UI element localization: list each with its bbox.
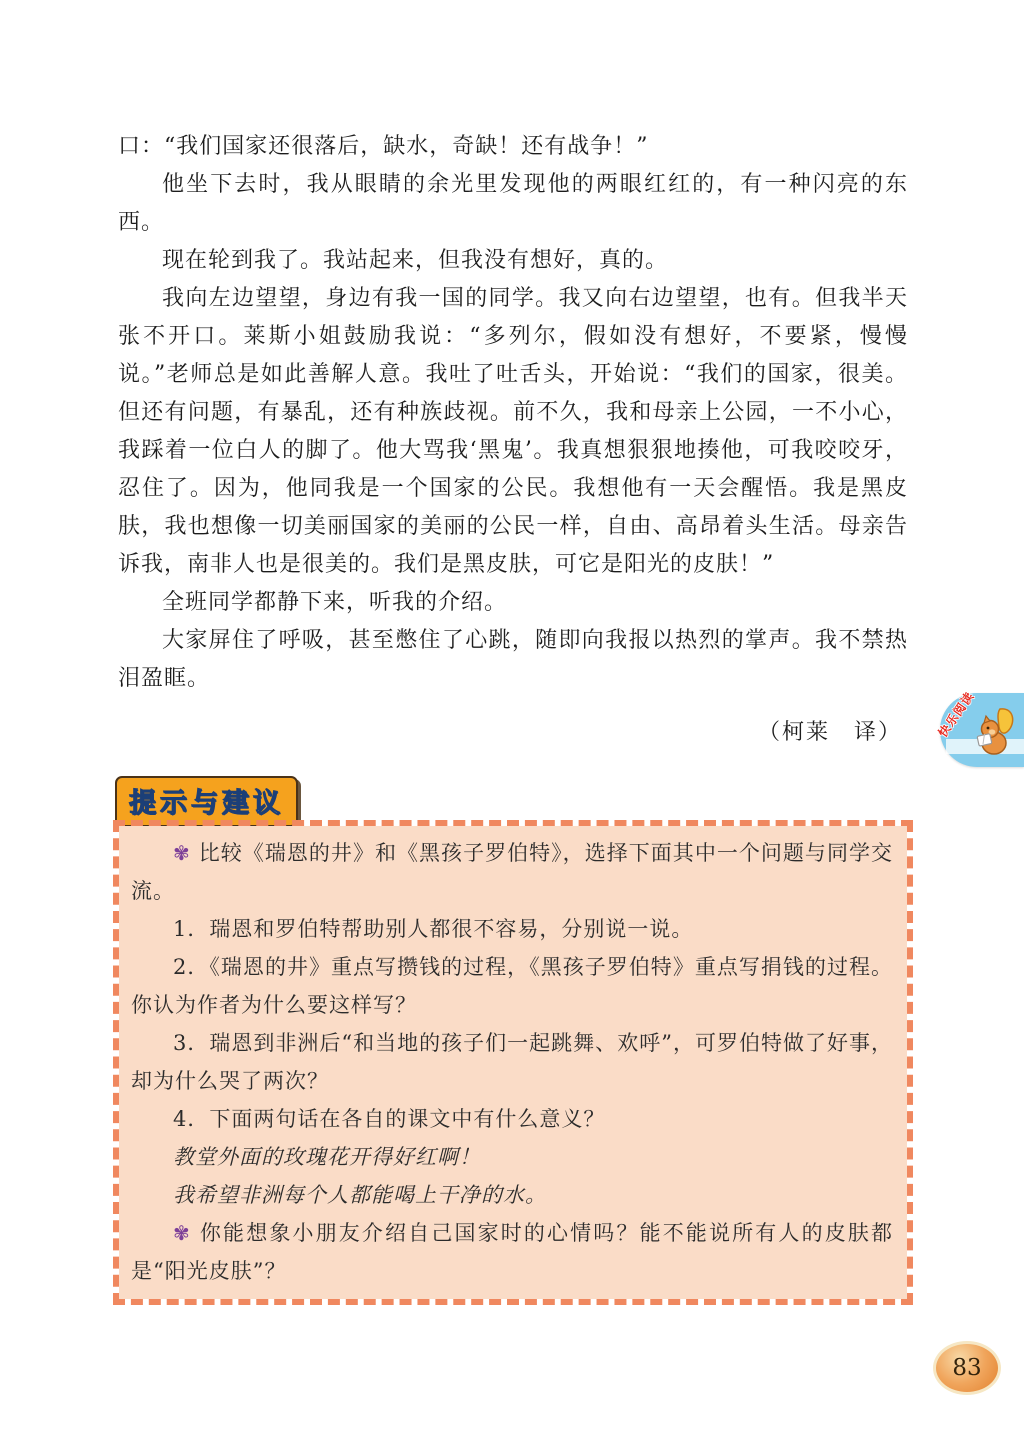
flower-bullet-icon: ✾ bbox=[173, 841, 191, 865]
squirrel-mascot-icon bbox=[970, 705, 1016, 757]
item-number: 1． bbox=[173, 917, 209, 941]
item-text: 瑞恩到非洲后“和当地的孩子们一起跳舞、欢呼”，可罗伯特做了好事，却为什么哭了两次… bbox=[131, 1031, 893, 1093]
tips-bullet-item: ✾你能想象小朋友介绍自己国家时的心情吗？能不能说所有人的皮肤都是“阳光皮肤”？ bbox=[131, 1214, 893, 1290]
tips-suggestions-box: ✾比较《瑞恩的井》和《黑孩子罗伯特》，选择下面其中一个问题与同学交流。 1．瑞恩… bbox=[113, 820, 913, 1305]
tips-numbered-item: 4．下面两句话在各自的课文中有什么意义？ bbox=[131, 1100, 893, 1138]
item-text: 下面两句话在各自的课文中有什么意义？ bbox=[209, 1107, 605, 1131]
item-text: 《瑞恩的井》重点写攒钱的过程，《黑孩子罗伯特》重点写捐钱的过程。你认为作者为什么… bbox=[131, 955, 893, 1017]
story-paragraph: 大家屏住了呼吸，甚至憋住了心跳，随即向我报以热烈的掌声。我不禁热泪盈眶。 bbox=[118, 622, 908, 698]
tips-numbered-item: 1．瑞恩和罗伯特帮助别人都很不容易，分别说一说。 bbox=[131, 910, 893, 948]
page-number: 83 bbox=[952, 1355, 981, 1381]
translator-attribution: （柯莱 译） bbox=[118, 714, 908, 752]
tips-bullet-item: ✾比较《瑞恩的井》和《黑孩子罗伯特》，选择下面其中一个问题与同学交流。 bbox=[131, 834, 893, 910]
tips-numbered-item: 2．《瑞恩的井》重点写攒钱的过程，《黑孩子罗伯特》重点写捐钱的过程。你认为作者为… bbox=[131, 948, 893, 1024]
page-number-badge: 83 bbox=[933, 1341, 1001, 1395]
story-paragraph: 我向左边望望，身边有我一国的同学。我又向右边望望，也有。但我半天张不开口。莱斯小… bbox=[118, 280, 908, 584]
tips-bullet-text: 比较《瑞恩的井》和《黑孩子罗伯特》，选择下面其中一个问题与同学交流。 bbox=[131, 841, 893, 903]
textbook-page: 口：“我们国家还很落后，缺水，奇缺！还有战争！” 他坐下去时，我从眼睛的余光里发… bbox=[0, 0, 1024, 1439]
item-number: 4． bbox=[173, 1107, 209, 1131]
item-text: 瑞恩和罗伯特帮助别人都很不容易，分别说一说。 bbox=[209, 917, 693, 941]
story-text: 口：“我们国家还很落后，缺水，奇缺！还有战争！” 他坐下去时，我从眼睛的余光里发… bbox=[118, 128, 908, 752]
story-paragraph: 现在轮到我了。我站起来，但我没有想好，真的。 bbox=[118, 242, 908, 280]
tips-numbered-item: 3．瑞恩到非洲后“和当地的孩子们一起跳舞、欢呼”，可罗伯特做了好事，却为什么哭了… bbox=[131, 1024, 893, 1100]
tips-bullet-text: 你能想象小朋友介绍自己国家时的心情吗？能不能说所有人的皮肤都是“阳光皮肤”？ bbox=[131, 1221, 893, 1283]
item-number: 3． bbox=[173, 1031, 209, 1055]
story-paragraph: 口：“我们国家还很落后，缺水，奇缺！还有战争！” bbox=[118, 128, 908, 166]
quoted-sentence: 我希望非洲每个人都能喝上干净的水。 bbox=[131, 1176, 893, 1214]
side-bookmark-tab: 快乐阅读 bbox=[940, 693, 1024, 767]
story-paragraph: 全班同学都静下来，听我的介绍。 bbox=[118, 584, 908, 622]
flower-bullet-icon: ✾ bbox=[173, 1221, 191, 1245]
quoted-sentence: 教堂外面的玫瑰花开得好红啊！ bbox=[131, 1138, 893, 1176]
story-paragraph: 他坐下去时，我从眼睛的余光里发现他的两眼红红的，有一种闪亮的东西。 bbox=[118, 166, 908, 242]
item-number: 2． bbox=[173, 955, 209, 979]
